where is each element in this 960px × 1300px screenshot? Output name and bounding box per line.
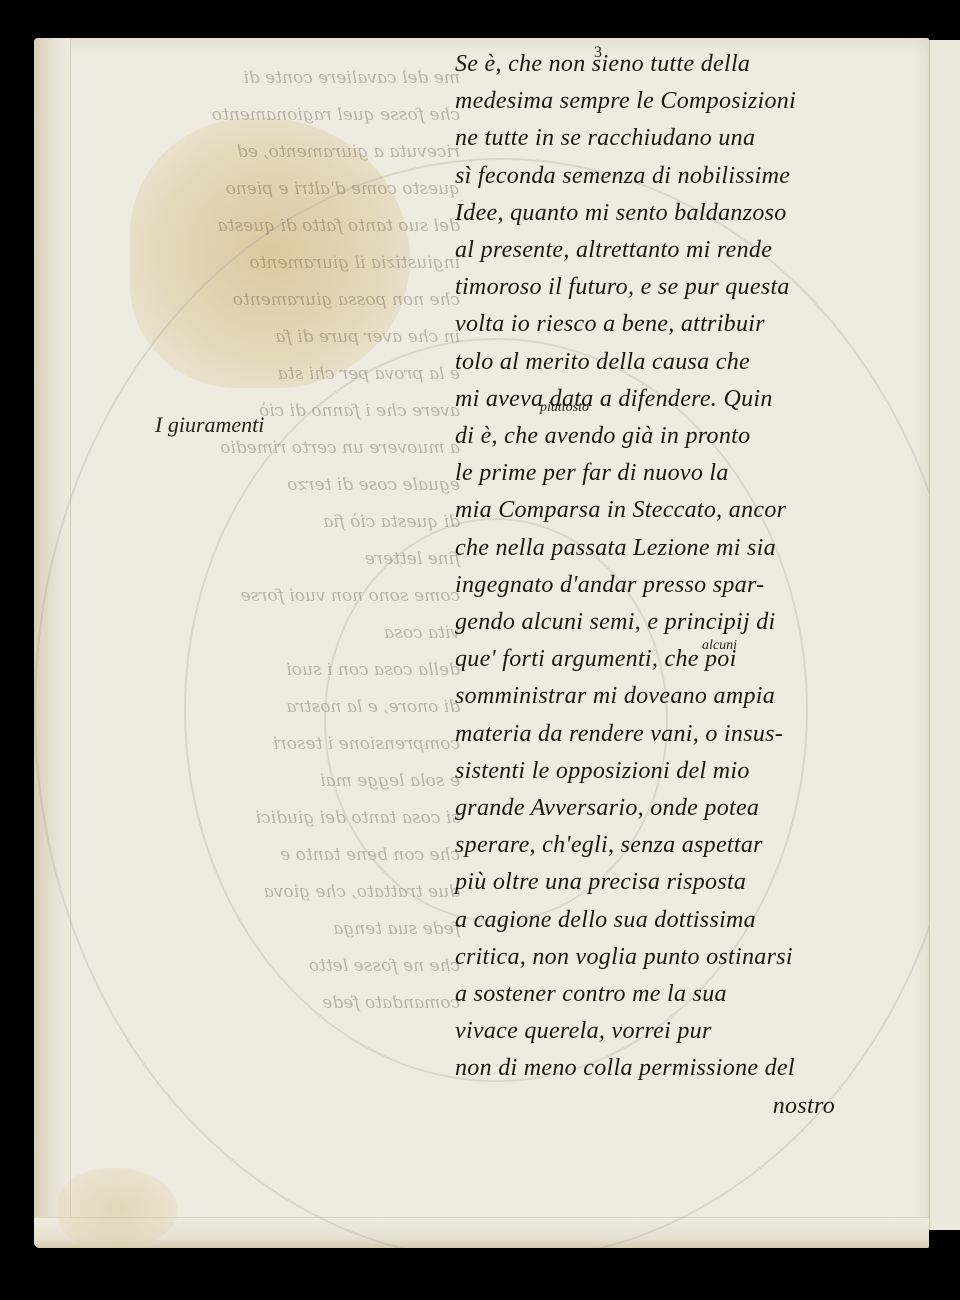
bleed-line: si cosa tanto dei giudici — [60, 800, 460, 837]
bleed-line: me del cavaliere conte di — [60, 60, 460, 97]
adjacent-page-edge — [929, 40, 960, 1230]
text-line: sperare, ch'egli, senza aspettar — [455, 827, 895, 864]
text-line: tolo al merito della causa che — [455, 344, 895, 381]
text-line: timoroso il futuro, e se pur questa — [455, 269, 895, 306]
bleed-line: due trattato, che giova — [60, 874, 460, 911]
text-line: grande Avversario, onde potea — [455, 790, 895, 827]
text-line: Idee, quanto mi sento baldanzoso — [455, 195, 895, 232]
bleed-line: di onore, e la nostra — [60, 689, 460, 726]
bleed-line: comprensione i tesori — [60, 726, 460, 763]
text-line: mia Comparsa in Steccato, ancor — [455, 492, 895, 529]
bleed-line: e la prova per chi sta — [60, 356, 460, 393]
text-line: ingegnato d'andar presso spar- — [455, 567, 895, 604]
bleed-line: della cosa con i suoi — [60, 652, 460, 689]
bleed-line: che ne fosse letto — [60, 948, 460, 985]
text-line: mi aveva data a difendere. Quin — [455, 381, 895, 418]
text-line: più oltre una precisa risposta — [455, 864, 895, 901]
text-line: sì feconda semenza di nobilissime — [455, 158, 895, 195]
bleed-line: questo come d'altri e pieno — [60, 171, 460, 208]
text-line: ne tutte in se racchiudano una — [455, 120, 895, 157]
bleed-line: eguale cose di terzo — [60, 467, 460, 504]
bleed-line: che non possa giuramento — [60, 282, 460, 319]
text-line: le prime per far di nuovo la — [455, 455, 895, 492]
bleed-line: comandato fede — [60, 985, 460, 1022]
text-line: vivace querela, vorrei pur — [455, 1013, 895, 1050]
bleed-line: che con bene tanto e — [60, 837, 460, 874]
bleed-line: vita cosa — [60, 615, 460, 652]
bleed-line: di questa ciò fia — [60, 504, 460, 541]
text-line: Se è, che non sieno tutte della — [455, 46, 895, 83]
bleed-line: ricevuta a giuramento, ed — [60, 134, 460, 171]
bleed-line: e sola legge mai — [60, 763, 460, 800]
text-line: que' forti argumenti, che poi — [455, 641, 895, 678]
text-line: medesima sempre le Composizioni — [455, 83, 895, 120]
text-line: sistenti le opposizioni del mio — [455, 753, 895, 790]
margin-note: I giuramenti — [155, 412, 264, 438]
bleed-line: fede sua tenga — [60, 911, 460, 948]
text-line: non di meno colla permissione del — [455, 1050, 895, 1087]
bleed-through-text: me del cavaliere conte di che fosse quel… — [60, 60, 460, 1022]
text-line: volta io riesco a bene, attribuir — [455, 306, 895, 343]
bleed-line: fine lettere — [60, 541, 460, 578]
main-text-column: Se è, che non sieno tutte della medesima… — [455, 46, 895, 1125]
bleed-line: in che aver pure di fa — [60, 319, 460, 356]
bleed-line: ingiustizia il giuramento — [60, 245, 460, 282]
text-line: di è, che avendo già in pronto — [455, 418, 895, 455]
bleed-line: che fosse quel ragionamento — [60, 97, 460, 134]
catchword: nostro — [455, 1088, 895, 1125]
text-line: a sostener contro me la sua — [455, 976, 895, 1013]
text-line: materia da rendere vani, o insus- — [455, 716, 895, 753]
bleed-line: come sono non vuoi forse — [60, 578, 460, 615]
text-line: critica, non voglia punto ostinarsi — [455, 939, 895, 976]
text-line: somministrar mi doveano ampia — [455, 678, 895, 715]
bleed-line: del suo tanto fatto di questa — [60, 208, 460, 245]
text-line: che nella passata Lezione mi sia — [455, 530, 895, 567]
text-line: gendo alcuni semi, e principij di — [455, 604, 895, 641]
text-line: a cagione dello sua dottissima — [455, 902, 895, 939]
water-stain-bottom — [58, 1168, 178, 1248]
text-line: al presente, altrettanto mi rende — [455, 232, 895, 269]
